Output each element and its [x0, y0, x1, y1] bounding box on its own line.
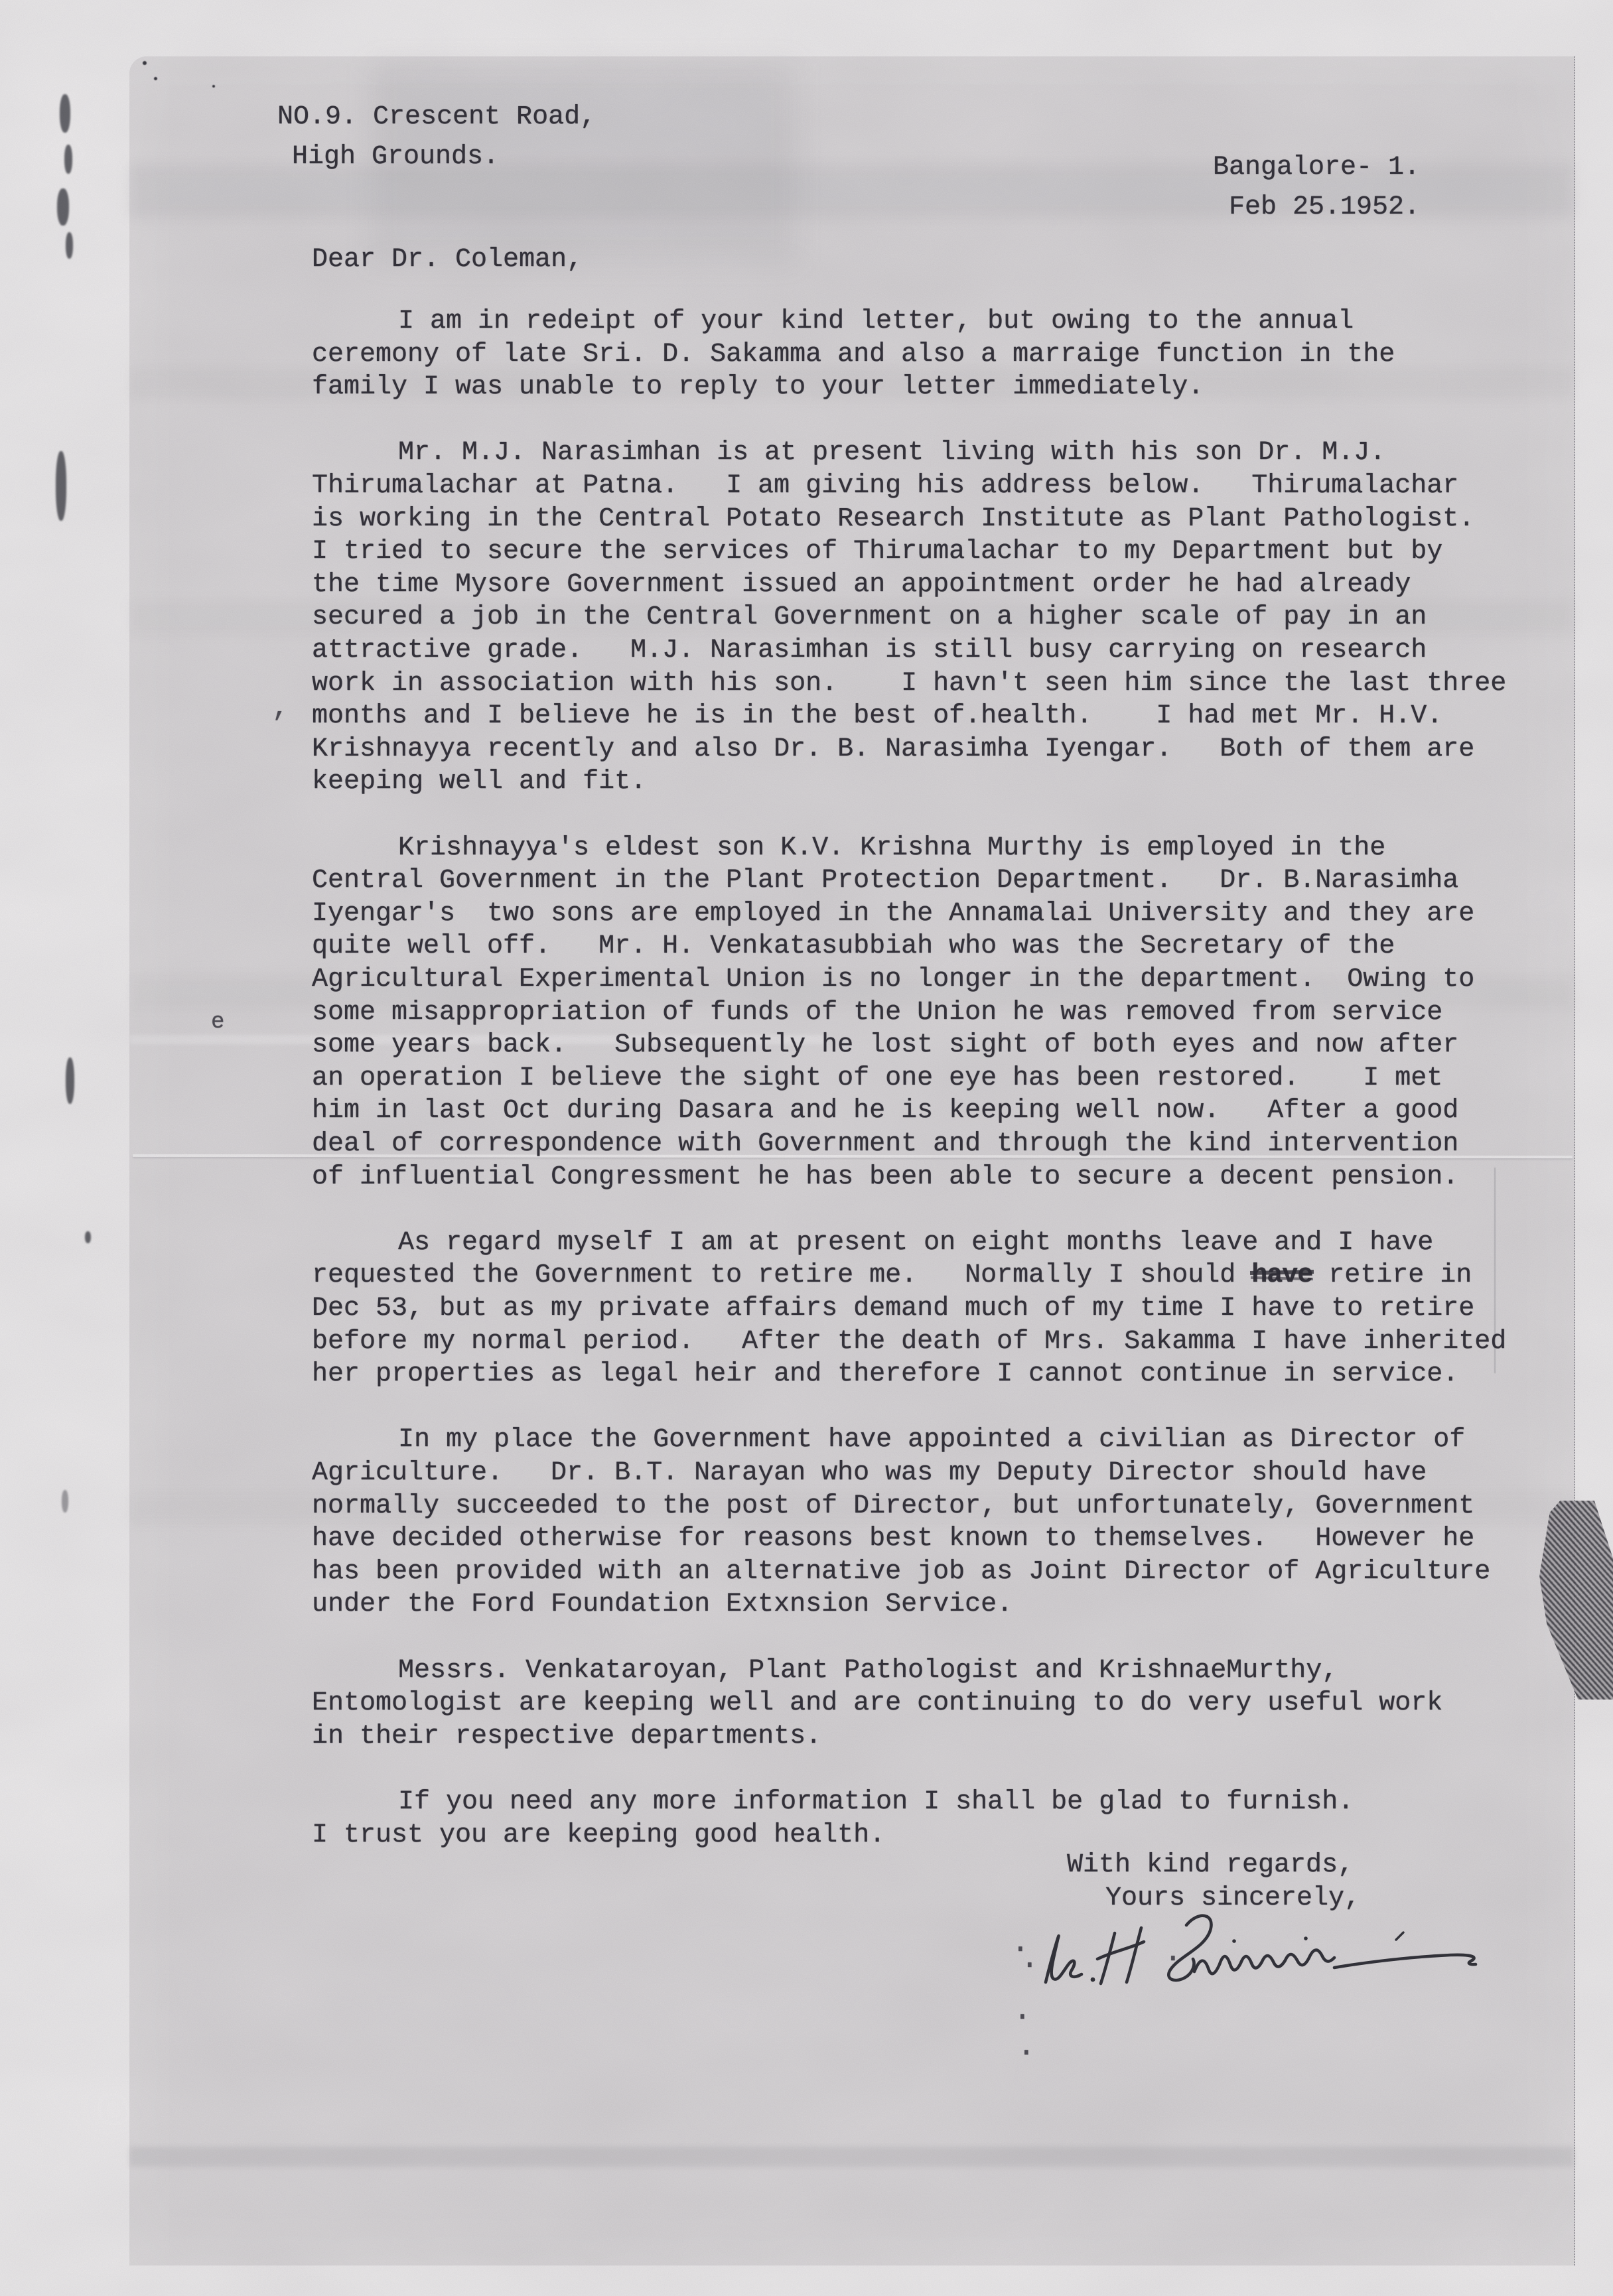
sender-address-line2: High Grounds.: [292, 141, 499, 174]
place-line: Bangalore- 1.: [1213, 151, 1420, 184]
letter-line: is working in the Central Potato Researc…: [312, 503, 1506, 536]
paragraph: Krishnayya's eldest son K.V. Krishna Mur…: [312, 832, 1474, 1194]
letter-line: attractive grade. M.J. Narasimhan is sti…: [312, 634, 1506, 667]
letter-line: family I was unable to reply to your let…: [312, 371, 1395, 404]
paragraph: I am in redeipt of your kind letter, but…: [312, 305, 1395, 404]
letter-line: an operation I believe the sight of one …: [312, 1062, 1474, 1095]
letter-line: Agriculture. Dr. B.T. Narayan who was my…: [312, 1457, 1490, 1490]
sender-address-line1: NO.9. Crescent Road,: [277, 101, 596, 134]
letter-line: some years back. Subsequently he lost si…: [312, 1029, 1474, 1062]
letter-line: requested the Government to retire me. N…: [312, 1259, 1506, 1292]
letter-line: If you need any more information I shall…: [312, 1786, 1354, 1819]
date-line: Feb 25.1952.: [1229, 191, 1420, 224]
letter-line: Messrs. Venkataroyan, Plant Pathologist …: [312, 1654, 1442, 1688]
letter-line: Mr. M.J. Narasimhan is at present living…: [312, 437, 1506, 470]
letter-line: of influential Congressment he has been …: [312, 1161, 1474, 1194]
scan-smudge: [66, 232, 73, 259]
stray-ink-mark: .: [1164, 1937, 1182, 1968]
scan-smudge: [62, 1490, 68, 1513]
stray-ink-mark: e: [211, 1011, 224, 1034]
letter-line: ceremony of late Sri. D. Sakamma and als…: [312, 338, 1395, 371]
letter-line: her properties as legal heir and therefo…: [312, 1358, 1506, 1391]
letter-line: quite well off. Mr. H. Venkatasubbiah wh…: [312, 930, 1474, 963]
scan-smudge: [85, 1231, 91, 1243]
letter-line: In my place the Government have appointe…: [312, 1424, 1490, 1457]
scan-speck: [154, 77, 157, 80]
scan-speck: [212, 85, 215, 88]
paragraph: Messrs. Venkataroyan, Plant Pathologist …: [312, 1654, 1442, 1753]
letter-line: in their respective departments.: [312, 1720, 1442, 1753]
letter-line: Agricultural Experimental Union is no lo…: [312, 963, 1474, 996]
overstruck-word: have: [1251, 1260, 1312, 1290]
letter-line: Central Government in the Plant Protecti…: [312, 864, 1474, 898]
scan-smudge: [57, 188, 69, 226]
scan-smudge: [60, 94, 70, 133]
letter-line: the time Mysore Government issued an app…: [312, 569, 1506, 602]
scan-smudge: [64, 145, 72, 174]
letter-line: I trust you are keeping good health.: [312, 1819, 1354, 1852]
paragraph: In my place the Government have appointe…: [312, 1424, 1490, 1621]
letter-line: I tried to secure the services of Thirum…: [312, 535, 1506, 569]
scan-smudge: [56, 451, 66, 521]
paragraph: As regard myself I am at present on eigh…: [312, 1227, 1506, 1391]
scan-smudge: [66, 1057, 74, 1104]
letter-line: work in association with his son. I havn…: [312, 667, 1506, 701]
letter-line: Thirumalachar at Patna. I am giving his …: [312, 470, 1506, 503]
paragraph: Mr. M.J. Narasimhan is at present living…: [312, 437, 1506, 799]
stray-ink-mark: .: [1013, 1995, 1032, 2026]
letter-line: have decided otherwise for reasons best …: [312, 1522, 1490, 1556]
letter-line: him in last Oct during Dasara and he is …: [312, 1095, 1474, 1128]
letter-line: Krishnayya's eldest son K.V. Krishna Mur…: [312, 832, 1474, 865]
letter-line: Entomologist are keeping well and are co…: [312, 1687, 1442, 1720]
letter-line: normally succeeded to the post of Direct…: [312, 1490, 1490, 1523]
letter-line: deal of correspondence with Government a…: [312, 1128, 1474, 1161]
stray-ink-mark: .: [1020, 1944, 1039, 1974]
letter-line: Iyengar's two sons are employed in the A…: [312, 898, 1474, 931]
paragraph: If you need any more information I shall…: [312, 1786, 1354, 1852]
scan-speck: [143, 61, 147, 65]
letter-line: before my normal period. After the death…: [312, 1325, 1506, 1359]
letter-line: under the Ford Foundation Extxnsion Serv…: [312, 1588, 1490, 1621]
stray-ink-mark: ,: [272, 694, 289, 722]
letter-line: keeping well and fit.: [312, 766, 1506, 799]
scanned-letter-page: { "letter": { "sender_address_line1": "N…: [0, 0, 1613, 2296]
signature-handwriting: K. H Srinivasan: [1027, 1871, 1505, 2017]
letter-line: has been provided with an alternative jo…: [312, 1556, 1490, 1589]
signature-svg: [1027, 1871, 1505, 2017]
letter-line: I am in redeipt of your kind letter, but…: [312, 305, 1395, 338]
letter-line: Krishnayya recently and also Dr. B. Nara…: [312, 733, 1506, 766]
letter-line: Dec 53, but as my private affairs demand…: [312, 1292, 1506, 1325]
letter-line: secured a job in the Central Government …: [312, 601, 1506, 634]
stray-ink-mark: .: [1017, 2031, 1036, 2062]
salutation: Dear Dr. Coleman,: [312, 243, 583, 277]
letter-line: some misappropriation of funds of the Un…: [312, 996, 1474, 1030]
letter-line: months and I believe he is in the best o…: [312, 700, 1506, 733]
letter-line: As regard myself I am at present on eigh…: [312, 1227, 1506, 1260]
